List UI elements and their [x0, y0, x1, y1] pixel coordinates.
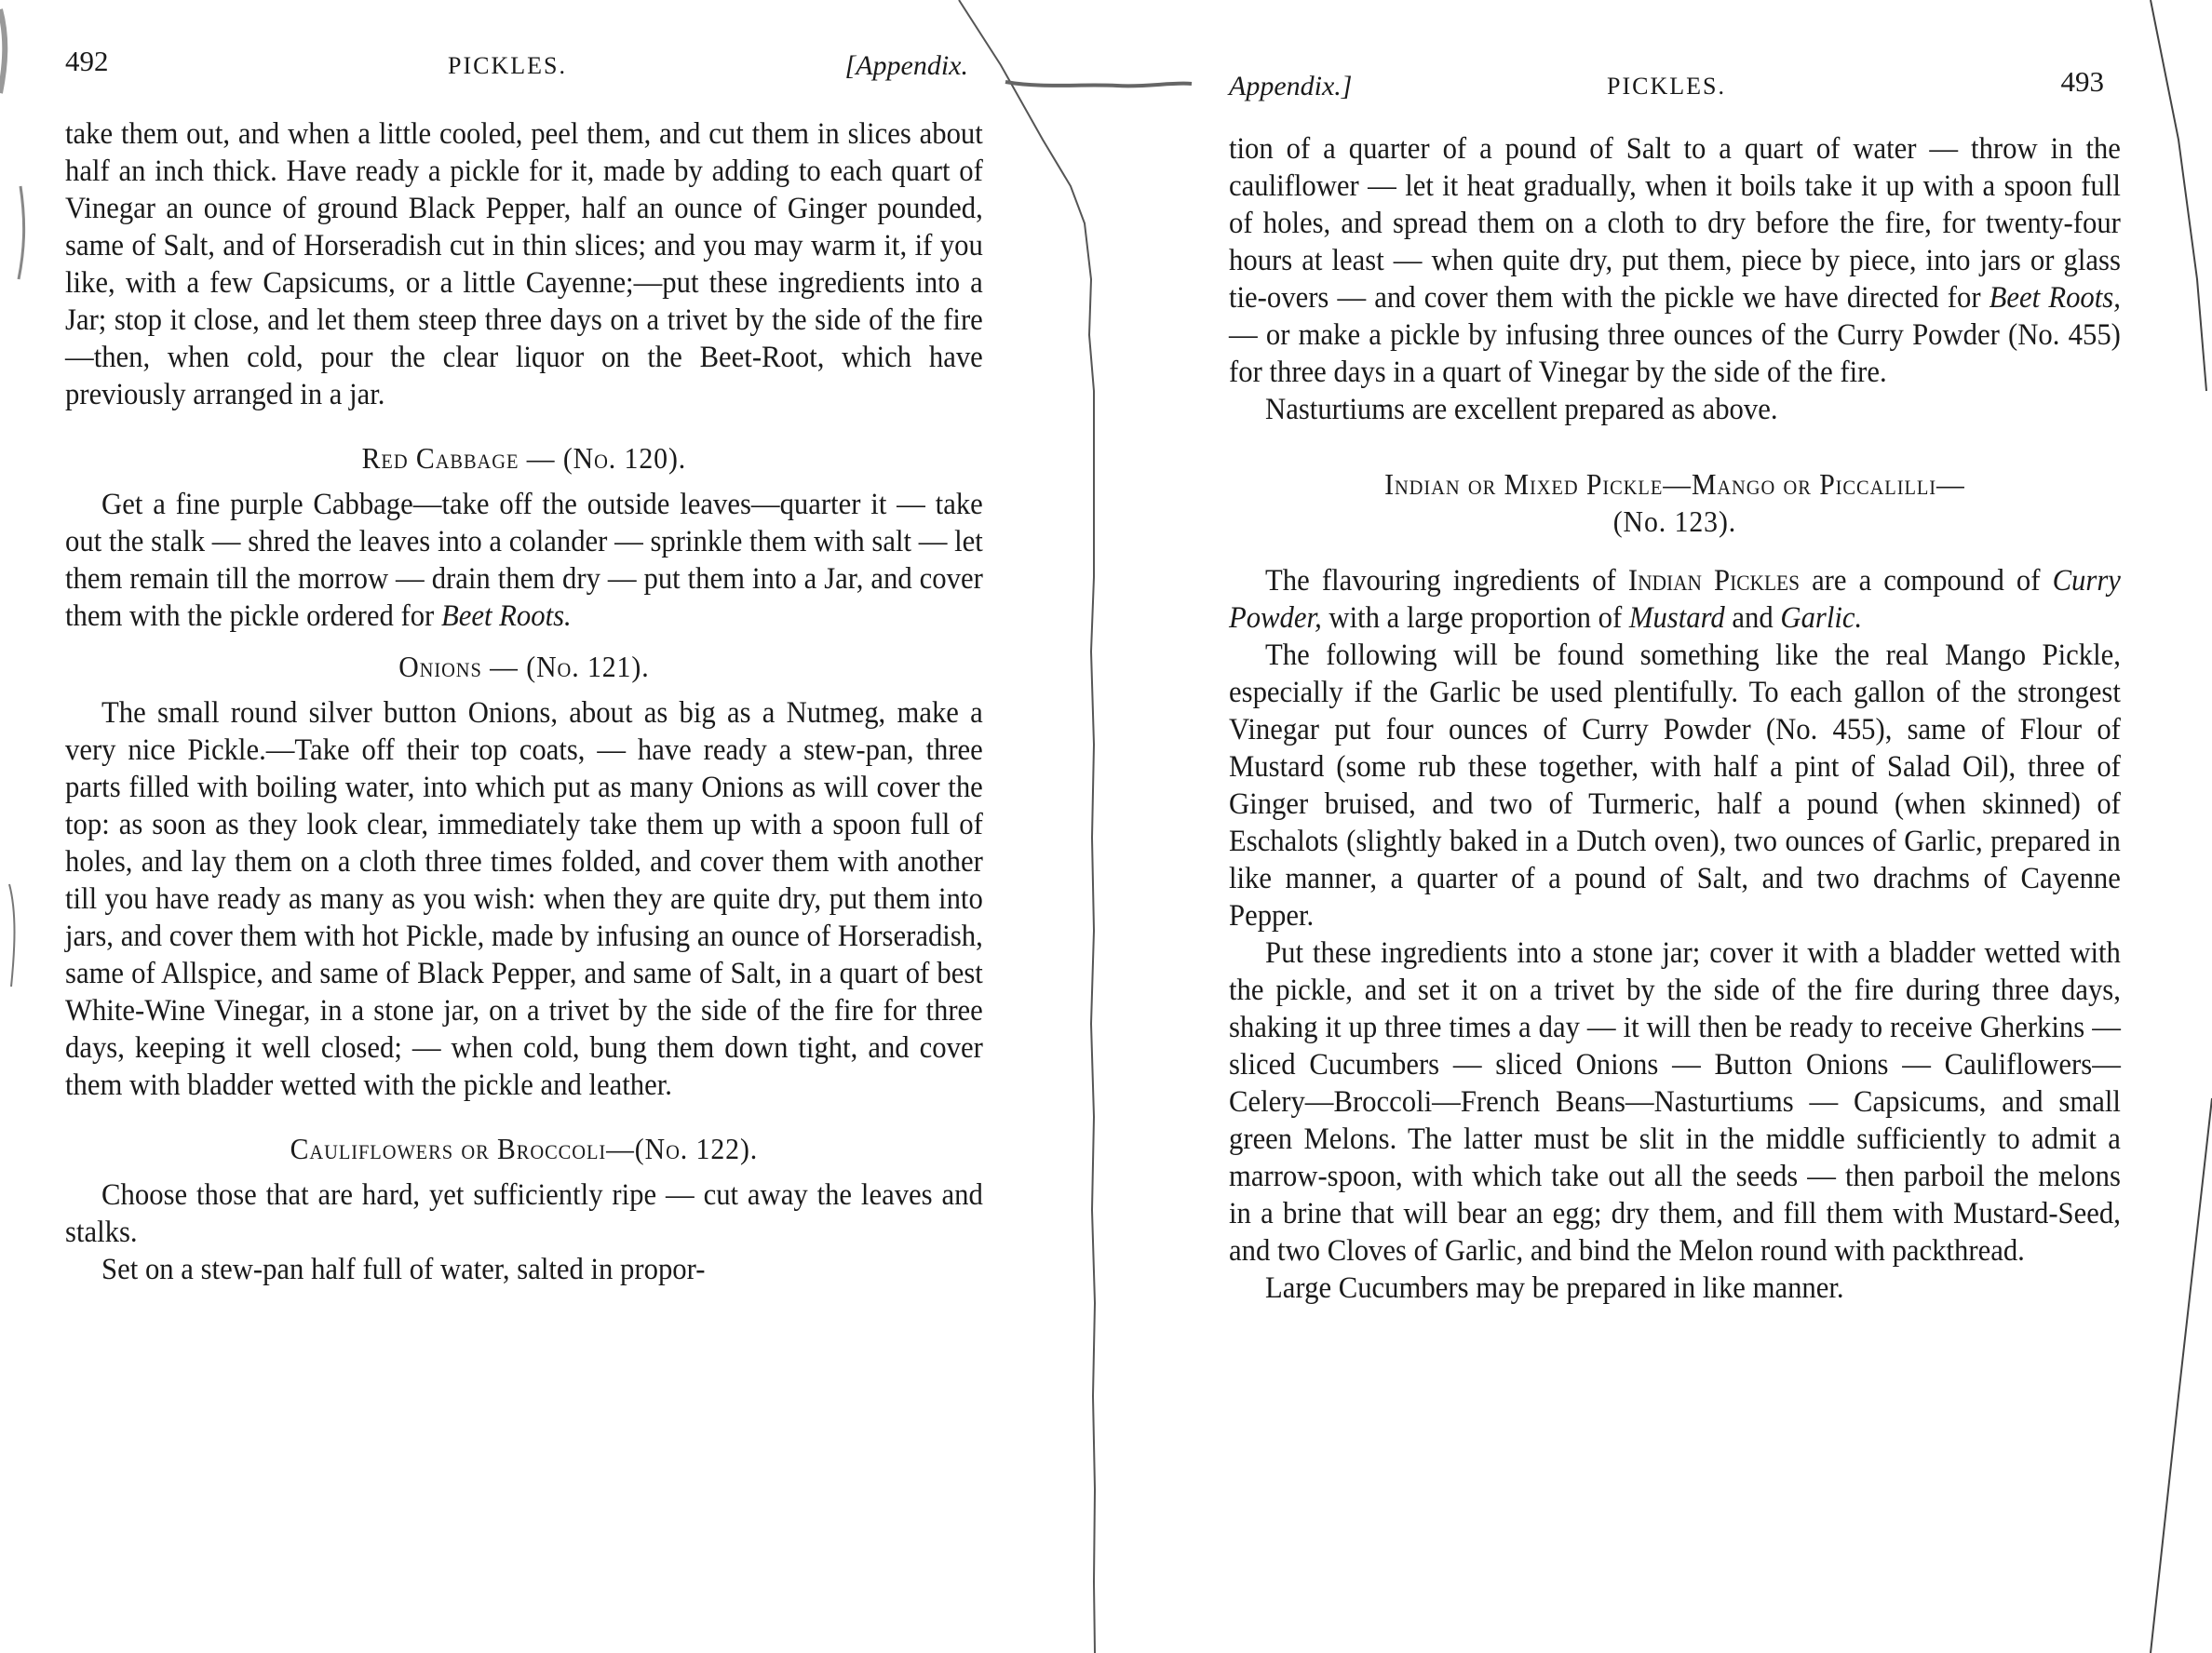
left-running-head: 492 PICKLES. [Appendix.: [56, 45, 959, 91]
recipe-heading-onions: Onions — (No. 121).: [65, 648, 983, 685]
recipe-heading-number: (No. 123).: [1229, 503, 2121, 540]
running-title: PICKLES.: [56, 52, 959, 80]
small-caps-term: Indian Pickles: [1628, 564, 1800, 598]
continued-paragraph: take them out, and when a little cooled,…: [65, 115, 983, 413]
recipe-paragraph: Large Cucumbers may be prepared in like …: [1229, 1270, 2121, 1307]
italic-reference: Beet Roots,: [1989, 281, 2121, 315]
nasturtium-note: Nasturtiums are excellent prepared as ab…: [1229, 391, 2121, 428]
continued-paragraph: tion of a quarter of a pound of Salt to …: [1229, 130, 2121, 391]
section-marker: [Appendix.: [845, 50, 968, 82]
page-number: 493: [2061, 65, 2105, 99]
recipe-intro: The flavouring ingredients of Indian Pic…: [1229, 562, 2121, 637]
recipe-paragraph: Choose those that are hard, yet sufficie…: [65, 1176, 983, 1251]
recipe-heading-indian-pickle: Indian or Mixed Pickle—Mango or Piccalil…: [1229, 465, 2121, 503]
running-title: PICKLES.: [1220, 73, 2113, 101]
right-body-text: tion of a quarter of a pound of Salt to …: [1229, 130, 2121, 1307]
left-body-text: take them out, and when a little cooled,…: [65, 115, 983, 1288]
recipe-paragraph: The small round silver button Onions, ab…: [65, 694, 983, 1104]
recipe-heading-red-cabbage: Red Cabbage — (No. 120).: [65, 439, 983, 477]
italic-reference: Beet Roots.: [441, 599, 572, 633]
recipe-paragraph: Put these ingredients into a stone jar; …: [1229, 934, 2121, 1270]
recipe-paragraph: The following will be found something li…: [1229, 637, 2121, 934]
right-running-head: Appendix.] PICKLES. 493: [1220, 65, 2113, 112]
recipe-heading-cauliflowers: Cauliflowers or Broccoli—(No. 122).: [65, 1130, 983, 1167]
recipe-paragraph: Get a fine purple Cabbage—take off the o…: [65, 486, 983, 635]
recipe-paragraph: Set on a stew-pan half full of water, sa…: [65, 1251, 983, 1288]
